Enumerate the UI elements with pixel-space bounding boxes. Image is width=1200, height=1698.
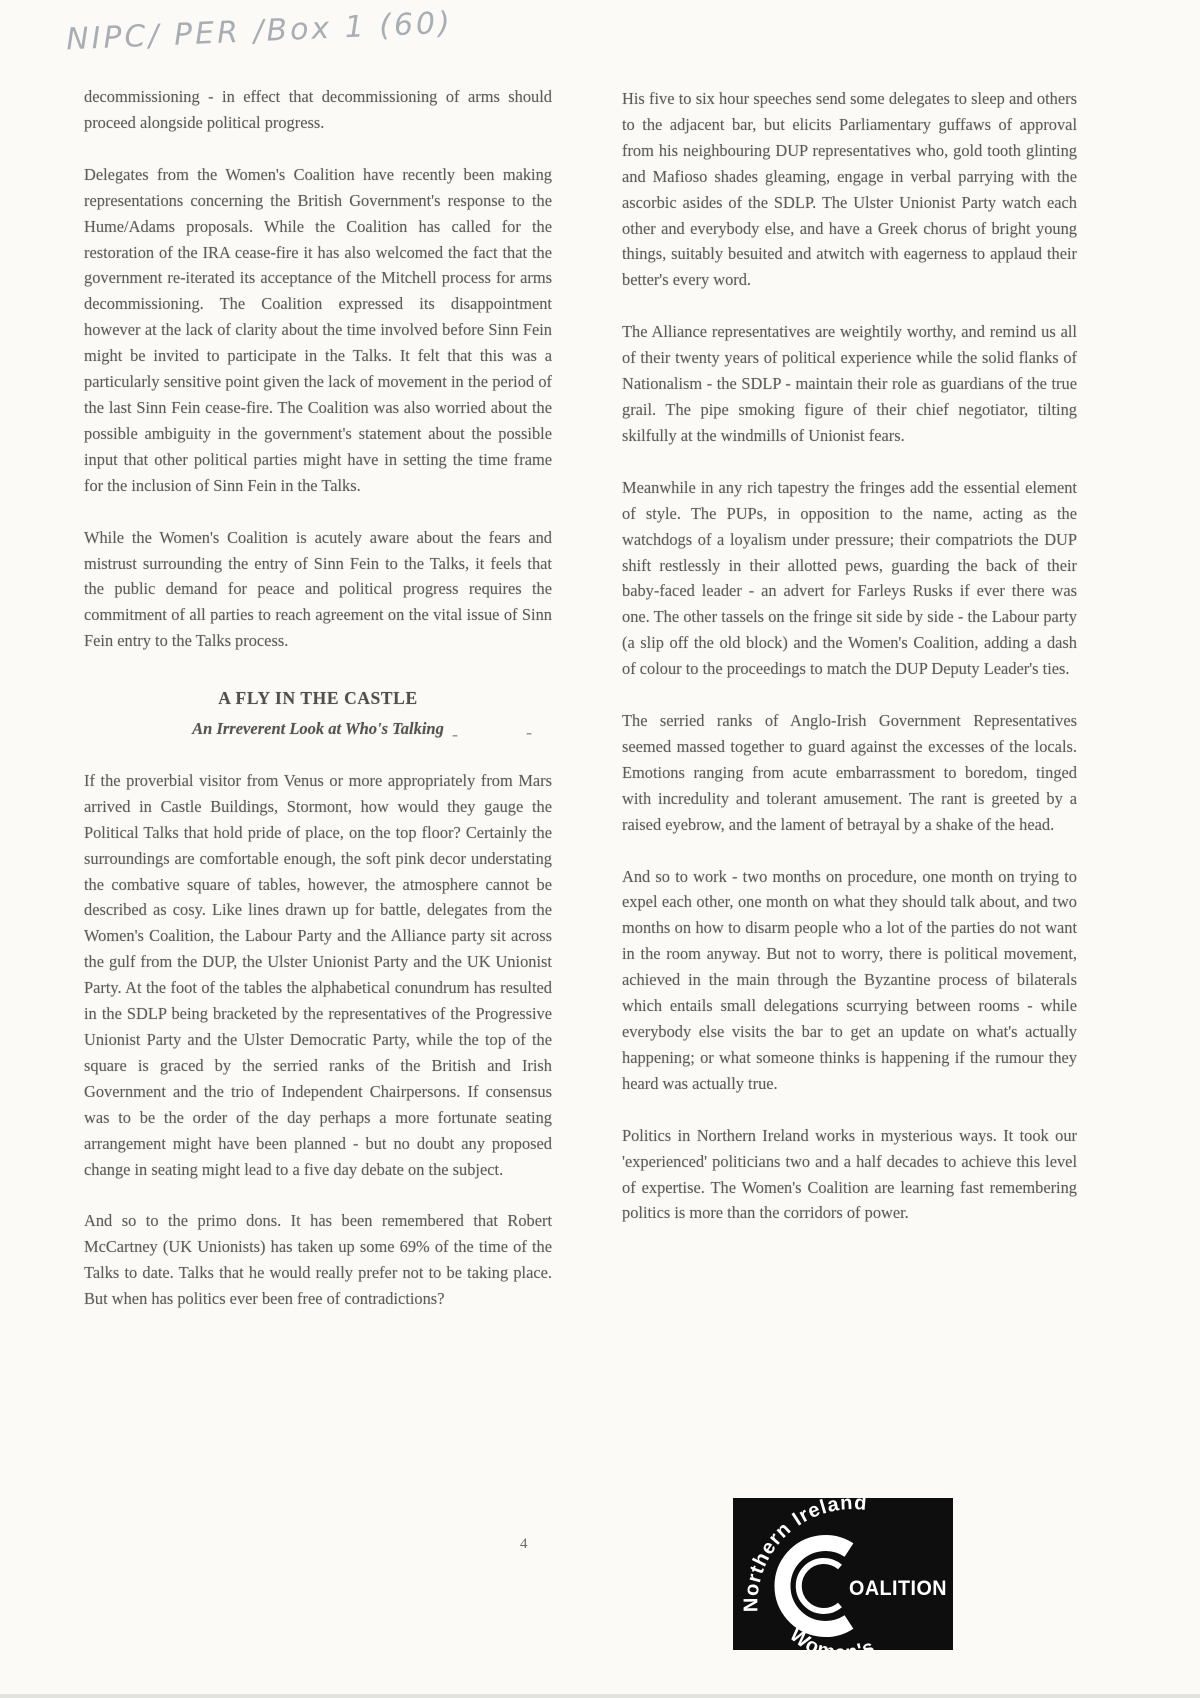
scan-page: NIPC/ PER /Box 1 (60) decommissioning - … — [0, 0, 1200, 1698]
right-paragraph-3: Meanwhile in any rich tapestry the fring… — [622, 475, 1077, 682]
niwc-logo-graphic: Northern Ireland OALITION Women's — [733, 1498, 953, 1650]
scan-artifact-dash: - — [526, 722, 532, 743]
article-heading: A FLY IN THE CASTLE An Irreverent Look a… — [84, 686, 552, 742]
handwritten-annotation: NIPC/ PER /Box 1 (60) — [65, 6, 453, 58]
left-paragraph-5: And so to the primo dons. It has been re… — [84, 1208, 552, 1312]
right-paragraph-4: The serried ranks of Anglo-Irish Governm… — [622, 708, 1077, 838]
right-paragraph-1: His five to six hour speeches send some … — [622, 86, 1077, 293]
left-paragraph-3: While the Women's Coalition is acutely a… — [84, 525, 552, 655]
logo-word-rest: OALITION — [849, 1577, 947, 1600]
right-paragraph-6: Politics in Northern Ireland works in my… — [622, 1123, 1077, 1227]
scan-bottom-edge — [0, 1694, 1200, 1698]
article-heading-title: A FLY IN THE CASTLE — [84, 686, 552, 712]
scan-artifact-dash: - — [452, 724, 458, 745]
left-paragraph-2: Delegates from the Women's Coalition hav… — [84, 162, 552, 499]
article-heading-subtitle: An Irreverent Look at Who's Talking — [84, 716, 552, 742]
left-paragraph-4: If the proverbial visitor from Venus or … — [84, 768, 552, 1183]
left-column: decommissioning - in effect that decommi… — [84, 84, 552, 1338]
left-paragraph-1: decommissioning - in effect that decommi… — [84, 84, 552, 136]
right-paragraph-2: The Alliance representatives are weighti… — [622, 319, 1077, 449]
right-column: His five to six hour speeches send some … — [622, 86, 1077, 1252]
right-paragraph-5: And so to work - two months on procedure… — [622, 864, 1077, 1097]
page-number: 4 — [520, 1536, 528, 1553]
niwc-logo: Northern Ireland OALITION Women's — [733, 1498, 953, 1650]
